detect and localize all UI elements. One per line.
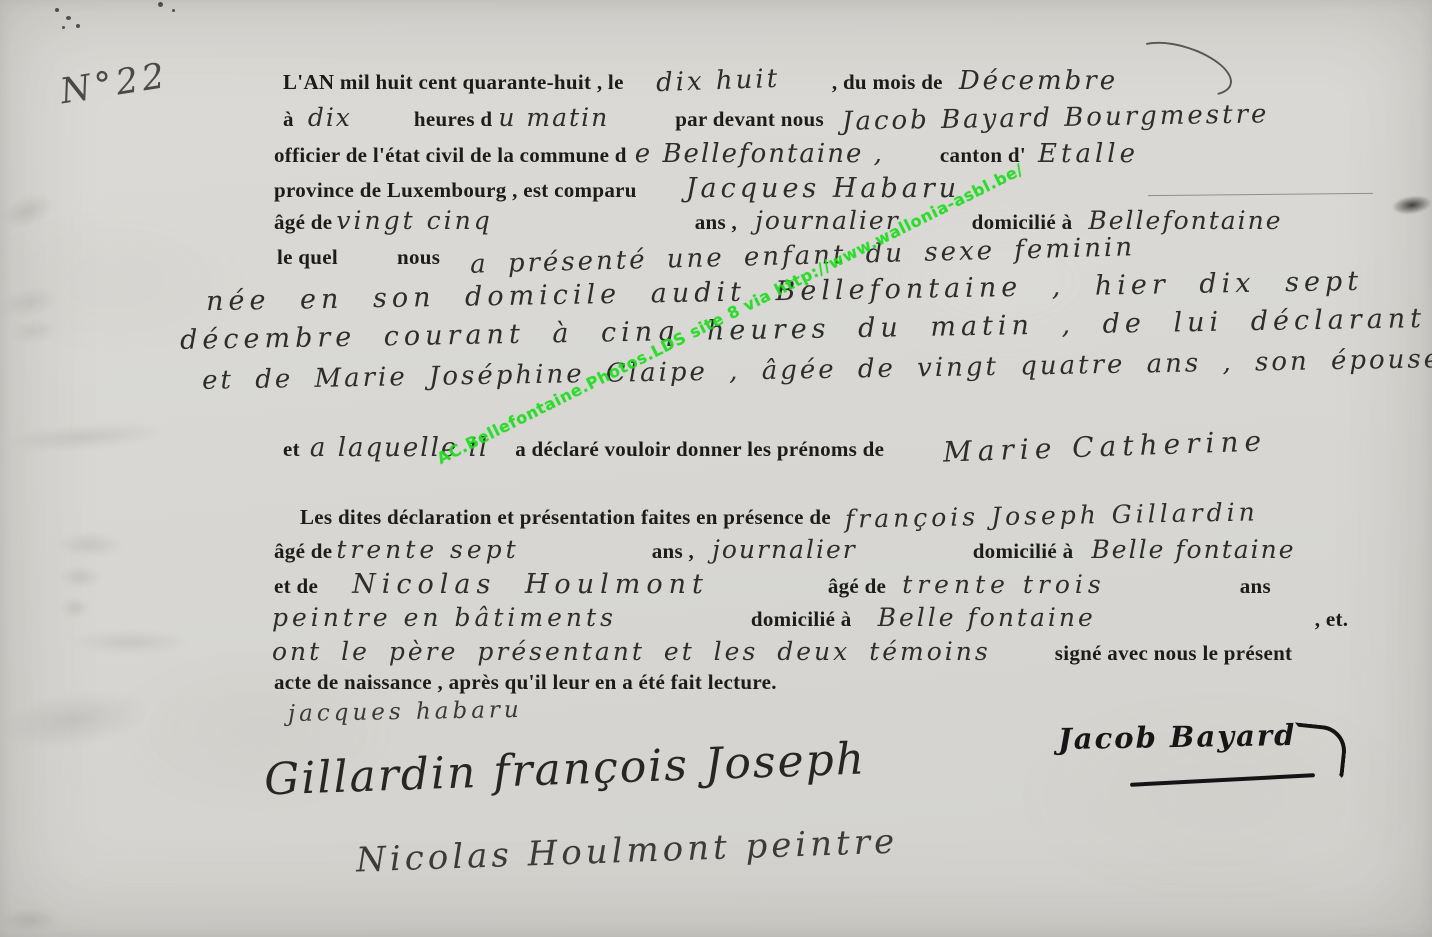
printed-segment: Les dites déclaration et présentation fa… [300, 505, 831, 530]
handwritten-segment: trente sept [336, 535, 519, 564]
printed-segment: âgé de [274, 210, 332, 235]
act-line-13: et de Nicolas Houlmont âgé de trente tro… [274, 569, 1271, 600]
handwritten-segment: e Bellefontaine , [635, 139, 884, 169]
handwritten-segment: Belle fontaine [1091, 535, 1295, 564]
printed-segment: heures d [414, 107, 492, 132]
act-line-16: acte de naissance , après qu'il leur en … [274, 670, 777, 695]
bleedthrough-mark [0, 187, 58, 234]
ink-speck [158, 2, 163, 7]
printed-segment: ans [1240, 574, 1271, 599]
ink-speck [76, 24, 80, 28]
printed-segment: âgé de [274, 539, 332, 564]
handwritten-segment: dix [308, 103, 352, 132]
bleedthrough-mark [7, 316, 62, 345]
handwritten-segment: Décembre [959, 66, 1118, 96]
handwritten-segment: Etalle [1038, 139, 1139, 169]
record-number: N°22 [58, 56, 172, 113]
handwritten-segment: trente trois [902, 570, 1106, 599]
signature-text: Gillardin françois Joseph [263, 734, 867, 806]
act-line-9: et de Marie Joséphine Claipe , âgée de v… [202, 355, 1432, 385]
bleedthrough-mark [0, 908, 60, 932]
printed-segment: officier de l'état civil de la commune d [274, 143, 627, 168]
handwritten-segment: journalier [712, 535, 857, 564]
signature-witness1: Gillardin françois Joseph [263, 734, 867, 806]
record-number-text: N°22 [58, 56, 172, 113]
signature-flourish [1289, 722, 1348, 779]
act-line-8: décembre courant à cinq heures du matin … [180, 314, 1426, 345]
printed-segment: et [283, 437, 300, 462]
act-line-6: le quel nous a présenté une enfant du se… [277, 241, 1135, 271]
signature-declarant: jacques habaru [288, 697, 523, 727]
bleedthrough-mark [70, 630, 190, 654]
signature-witness2: Nicolas Houlmont peintre [355, 822, 898, 881]
bleedthrough-mark [0, 682, 153, 757]
ink-speck [62, 26, 65, 29]
signature-text: Jacob Bayard [1058, 718, 1297, 756]
printed-segment: L'AN mil huit cent quarante-huit , le [283, 70, 624, 95]
act-line-11: Les dites déclaration et présentation fa… [300, 501, 1259, 530]
bleedthrough-mark [58, 566, 103, 588]
printed-segment: ans , [695, 210, 737, 235]
ink-speck [66, 16, 71, 20]
printed-segment: , et. [1315, 607, 1349, 632]
ink-flourish-mark [1391, 193, 1432, 216]
handwritten-segment: Jacob Bayard Bourgmestre [842, 99, 1270, 136]
handwritten-segment: Nicolas Houlmont [352, 569, 709, 600]
printed-segment: par devant nous [675, 107, 824, 132]
printed-segment: acte de naissance , après qu'il leur en … [274, 670, 777, 695]
bleedthrough-mark [55, 532, 125, 558]
ink-speck [55, 8, 59, 12]
printed-segment: domicilié à [972, 210, 1073, 235]
printed-segment: , du mois de [832, 70, 943, 95]
handwritten-segment: françois Joseph Gillardin [845, 497, 1259, 533]
act-line-15: ont le père présentant et les deux témoi… [272, 637, 1292, 666]
printed-segment: le quel [277, 245, 338, 270]
signature-underline [1130, 773, 1315, 787]
printed-segment: domicilié à [973, 539, 1074, 564]
bleedthrough-mark [60, 598, 90, 618]
printed-segment: et de [274, 574, 318, 599]
printed-segment: domicilié à [751, 607, 852, 632]
ink-speck [172, 9, 175, 12]
handwritten-segment: Jacques Habaru [686, 173, 960, 204]
handwritten-segment: Marie Catherine [943, 424, 1268, 468]
handwritten-segment: peintre en bâtiments [272, 603, 617, 632]
signature-text: Nicolas Houlmont peintre [355, 822, 898, 881]
act-line-4: province de Luxembourg , est comparu Jac… [274, 173, 960, 204]
handwritten-segment: dix huit [655, 64, 780, 98]
signature-officer: Jacob Bayard [1058, 718, 1297, 756]
handwritten-segment: ont le père présentant et les deux témoi… [272, 637, 991, 666]
act-line-1: L'AN mil huit cent quarante-huit , le di… [283, 66, 1118, 96]
handwritten-segment: Belle fontaine [878, 603, 1096, 632]
scanned-document: N°22 L'AN mil huit cent quarante-huit , … [0, 0, 1432, 937]
handwritten-segment: vingt cinq [336, 206, 492, 235]
printed-segment: a déclaré vouloir donner les prénoms de [515, 437, 884, 462]
printed-segment: province de Luxembourg , est comparu [274, 178, 637, 203]
act-line-12: âgé de trente sept ans , journalier domi… [274, 535, 1296, 564]
printed-segment: à [283, 107, 294, 132]
bleedthrough-mark [0, 283, 62, 321]
printed-segment: nous [397, 245, 440, 270]
act-line-14: peintre en bâtiments domicilié à Belle f… [272, 603, 1348, 632]
act-line-10: et a laquelle il a déclaré vouloir donne… [283, 430, 1267, 463]
pen-flourish [1125, 31, 1238, 107]
printed-segment: ans , [652, 539, 694, 564]
signature-text: jacques habaru [288, 697, 523, 727]
printed-segment: signé avec nous le présent [1055, 641, 1293, 666]
bleedthrough-mark [0, 418, 171, 456]
ruled-blank-line [1148, 193, 1373, 196]
handwritten-segment: u matin [498, 103, 609, 132]
act-line-5: âgé de vingt cinq ans , journalier domic… [274, 206, 1283, 235]
printed-segment: âgé de [828, 574, 886, 599]
handwritten-segment: Bellefontaine [1088, 206, 1282, 235]
act-line-2: à dix heures d u matin par devant nous J… [283, 103, 1269, 133]
